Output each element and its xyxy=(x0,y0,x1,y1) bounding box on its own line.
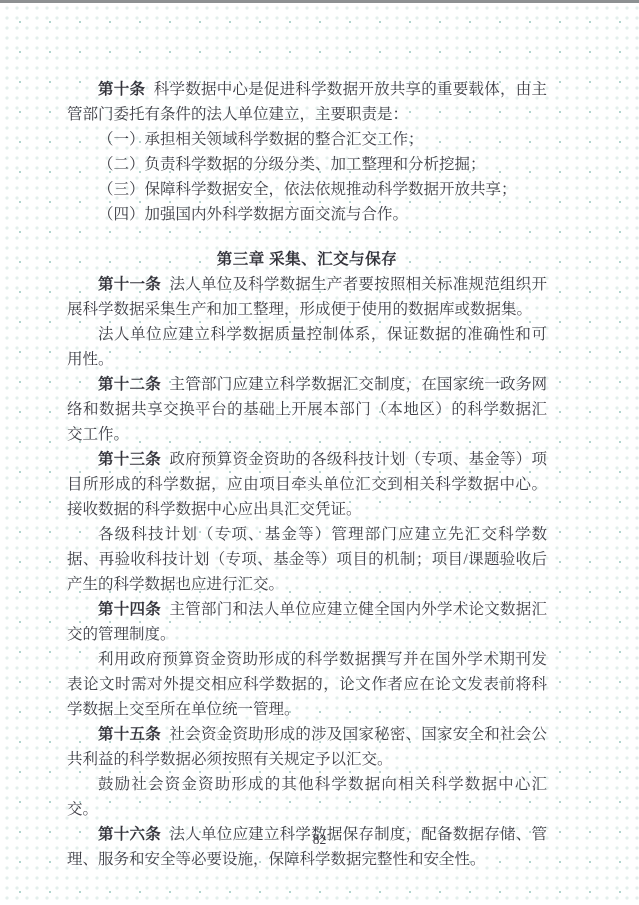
chapter-heading-text: 第三章 采集、汇交与保存 xyxy=(217,251,397,268)
paragraph: 第十三条政府预算资金资助的各级科技计划（专项、基金等）项目所形成的科学数据，应由… xyxy=(67,447,547,522)
document-page: 第十条科学数据中心是促进科学数据开放共享的重要载体，由主管部门委托有条件的法人单… xyxy=(0,0,639,905)
paragraph: 法人单位应建立科学数据质量控制体系，保证数据的准确性和可用性。 xyxy=(67,322,547,372)
paragraph: （三）保障科学数据安全，依法依规推动科学数据开放共享； xyxy=(67,177,547,202)
paragraph-text: 利用政府预算资金资助形成的科学数据撰写并在国外学术期刊发表论文时需对外提交相应科… xyxy=(67,651,547,718)
paragraph-text: （三）保障科学数据安全，依法依规推动科学数据开放共享； xyxy=(98,181,517,198)
paragraph: 利用政府预算资金资助形成的科学数据撰写并在国外学术期刊发表论文时需对外提交相应科… xyxy=(67,647,547,722)
paragraph-text: 各级科技计划（专项、基金等）管理部门应建立先汇交科学数据、再验收科技计划（专项、… xyxy=(67,526,547,593)
paragraph: 第十二条主管部门应建立科学数据汇交制度，在国家统一政务网络和数据共享交换平台的基… xyxy=(67,372,547,447)
article-number: 第十条 xyxy=(98,81,145,98)
article-number: 第十三条 xyxy=(98,451,161,468)
paragraph: 第十条科学数据中心是促进科学数据开放共享的重要载体，由主管部门委托有条件的法人单… xyxy=(67,77,547,127)
page-number: 82 xyxy=(0,831,639,849)
paragraph: 第十一条法人单位及科学数据生产者要按照相关标准规范组织开展科学数据采集生产和加工… xyxy=(67,272,547,322)
article-number: 第十二条 xyxy=(98,376,161,393)
paragraph-text: 法人单位应建立科学数据质量控制体系，保证数据的准确性和可用性。 xyxy=(67,326,547,368)
paragraph: （一）承担相关领域科学数据的整合汇交工作； xyxy=(67,127,547,152)
document-body: 第十条科学数据中心是促进科学数据开放共享的重要载体，由主管部门委托有条件的法人单… xyxy=(67,77,547,872)
paragraph: 第十五条社会资金资助形成的涉及国家秘密、国家安全和社会公共利益的科学数据必须按照… xyxy=(67,722,547,772)
paragraph: （四）加强国内外科学数据方面交流与合作。 xyxy=(67,202,547,227)
paragraph: 第十四条主管部门和法人单位应建立健全国内外学术论文数据汇交的管理制度。 xyxy=(67,597,547,647)
paragraph-text: 鼓励社会资金资助形成的其他科学数据向相关科学数据中心汇交。 xyxy=(67,776,547,818)
paragraph: 各级科技计划（专项、基金等）管理部门应建立先汇交科学数据、再验收科技计划（专项、… xyxy=(67,522,547,597)
paragraph-text: （一）承担相关领域科学数据的整合汇交工作； xyxy=(98,131,424,148)
article-number: 第十五条 xyxy=(98,726,161,743)
top-edge-border xyxy=(0,0,639,3)
paragraph: （二）负责科学数据的分级分类、加工整理和分析挖掘； xyxy=(67,152,547,177)
chapter-heading: 第三章 采集、汇交与保存 xyxy=(67,247,547,272)
paragraph: 鼓励社会资金资助形成的其他科学数据向相关科学数据中心汇交。 xyxy=(67,772,547,822)
paragraph-text: （四）加强国内外科学数据方面交流与合作。 xyxy=(98,206,408,223)
article-number: 第十一条 xyxy=(98,276,161,293)
article-number: 第十四条 xyxy=(98,601,161,618)
paragraph-text: （二）负责科学数据的分级分类、加工整理和分析挖掘； xyxy=(98,156,486,173)
